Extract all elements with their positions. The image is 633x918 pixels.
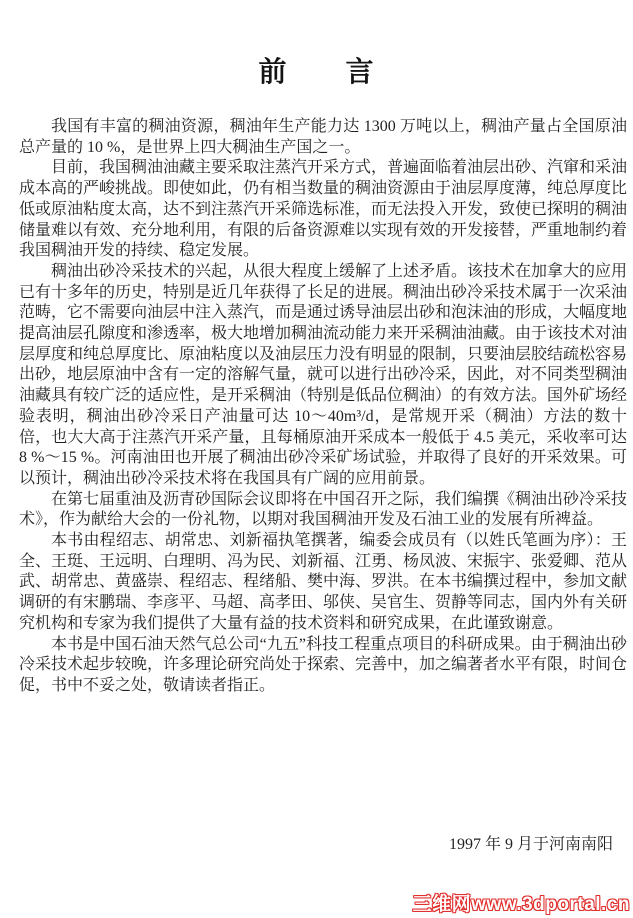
paragraph-current-situation: 目前，我国稠油油藏主要采取注蒸汽开采方式，普遍面临着油层出砂、汽窜和采油成本高的… — [19, 158, 627, 262]
date-line: 1997 年 9 月于河南南阳 — [449, 831, 613, 854]
paragraph-closing-remarks: 本书是中国石油天然气总公司“九五”科技工程重点项目的科研成果。由于稠油出砂冷采技… — [19, 635, 627, 697]
document-page: 前 言 我国有丰富的稠油资源，稠油年生产能力达 1300 万吨以上，稠油产量占全… — [0, 0, 633, 918]
paragraph-editorial-board: 本书由程绍志、胡常忠、刘新福执笔撰著，编委会成员有（以姓氏笔画为序）：王全、王珽… — [19, 531, 627, 635]
paragraph-technology-overview: 稠油出砂冷采技术的兴起，从很大程度上缓解了上述矛盾。该技术在加拿大的应用已有十多… — [19, 262, 627, 490]
watermark-text: 三维网www.3dportal.cn — [413, 889, 630, 916]
document-body: 我国有丰富的稠油资源，稠油年生产能力达 1300 万吨以上，稠油产量占全国原油总… — [19, 117, 627, 697]
paragraph-intro: 我国有丰富的稠油资源，稠油年生产能力达 1300 万吨以上，稠油产量占全国原油总… — [19, 117, 627, 158]
paragraph-conference-dedication: 在第七届重油及沥青砂国际会议即将在中国召开之际，我们编撰《稠油出砂冷采技术》，作… — [19, 490, 627, 531]
page-title: 前 言 — [0, 50, 633, 90]
